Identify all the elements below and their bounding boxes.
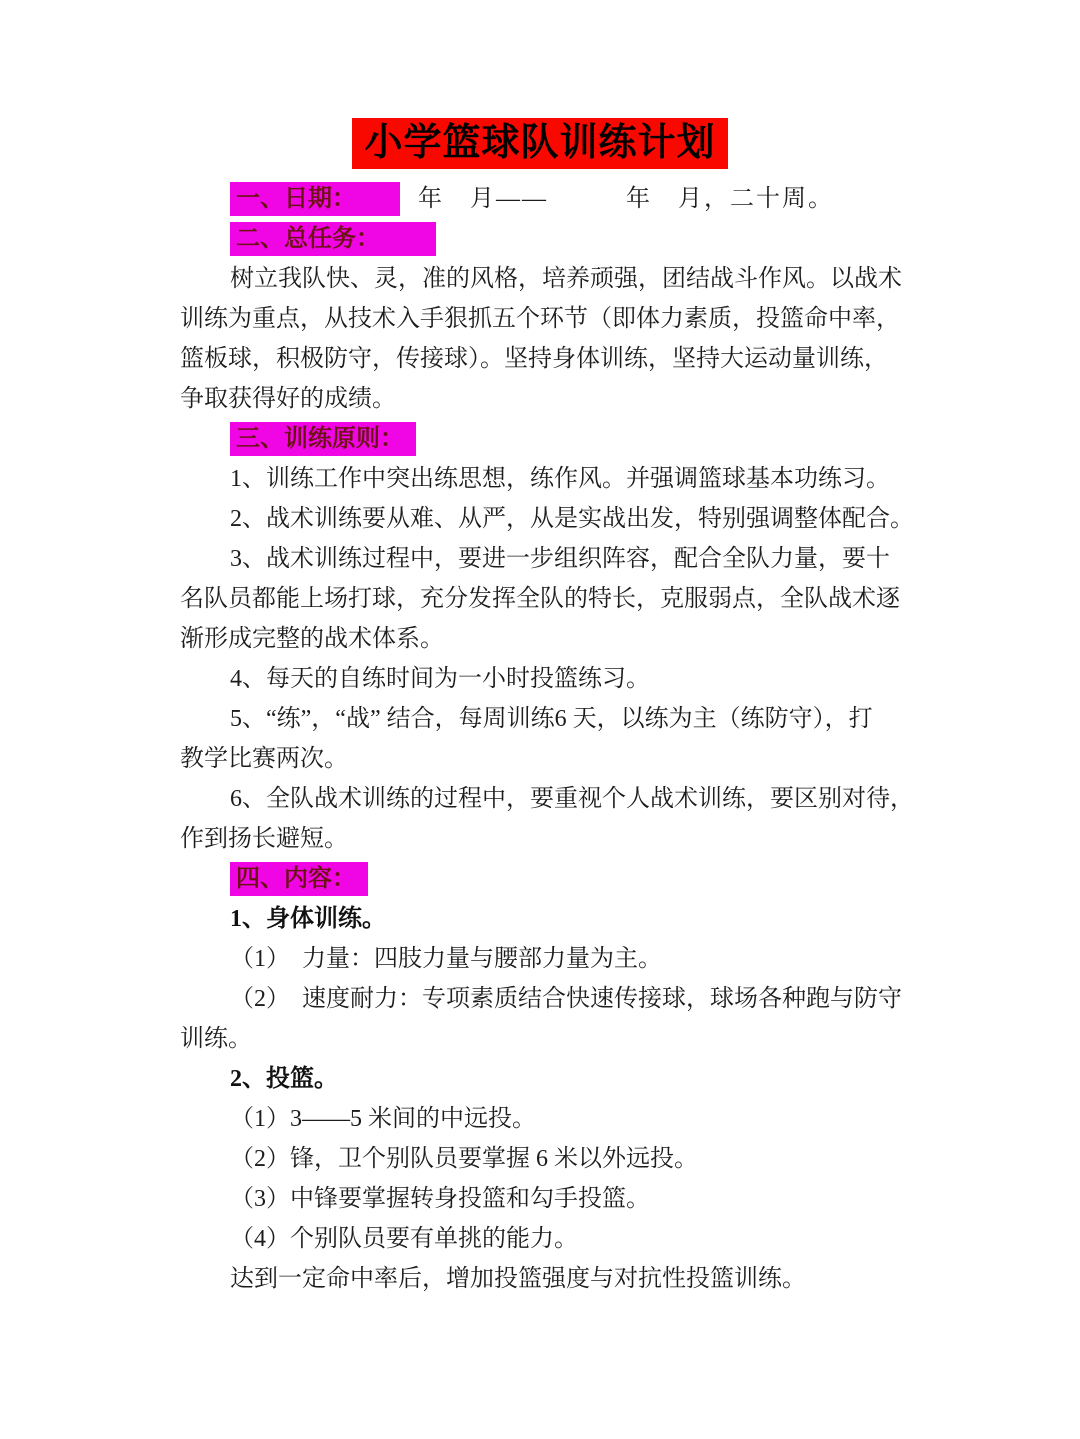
task-heading-line: 二、总任务： [180, 219, 900, 259]
shooting-note: 达到一定命中率后，增加投篮强度与对抗性投篮训练。 [180, 1259, 900, 1299]
principle-line: 作到扬长避短。 [180, 819, 900, 859]
date-heading-highlight: 一、日期： [230, 182, 400, 216]
shooting-line: （2）锋，卫个别队员要掌握 6 米以外远投。 [180, 1139, 900, 1179]
body-training-heading: 1、身体训练。 [180, 899, 900, 939]
task-paragraph-line: 树立我队快、灵，准的风格，培养顽强，团结战斗作风。以战术 [180, 259, 900, 299]
date-value: 年 月—— 年 月，二十周。 [418, 186, 834, 212]
date-line: 一、日期： 年 月—— 年 月，二十周。 [180, 179, 900, 219]
principle-line: 教学比赛两次。 [180, 739, 900, 779]
principle-line: 名队员都能上场打球，充分发挥全队的特长，克服弱点，全队战术逐 [180, 579, 900, 619]
task-heading-highlight: 二、总任务： [230, 222, 436, 256]
document-body: 小学篮球队训练计划 一、日期： 年 月—— 年 月，二十周。 二、总任务： 树立… [0, 0, 1080, 1299]
title-line: 小学篮球队训练计划 [180, 118, 900, 170]
shooting-line: （1）3——5 米间的中远投。 [180, 1099, 900, 1139]
principle-line: 4、每天的自练时间为一小时投篮练习。 [180, 659, 900, 699]
principle-line: 3、战术训练过程中，要进一步组织阵容，配合全队力量，要十 [180, 539, 900, 579]
principles-heading-highlight: 三、训练原则： [230, 422, 416, 456]
principle-line: 1、训练工作中突出练思想，练作风。并强调篮球基本功练习。 [180, 459, 900, 499]
shooting-line: （3）中锋要掌握转身投篮和勾手投篮。 [180, 1179, 900, 1219]
body-training-line: （1） 力量：四肢力量与腰部力量为主。 [180, 939, 900, 979]
content-heading-highlight: 四、内容： [230, 862, 368, 896]
task-paragraph-line: 争取获得好的成绩。 [180, 379, 900, 419]
body-training-line: 训练。 [180, 1019, 900, 1059]
task-paragraph-line: 篮板球，积极防守，传接球）。坚持身体训练，坚持大运动量训练， [180, 339, 900, 379]
principle-line: 6、全队战术训练的过程中，要重视个人战术训练，要区别对待， [180, 779, 900, 819]
shooting-heading: 2、投篮。 [180, 1059, 900, 1099]
document-page: 小学篮球队训练计划 一、日期： 年 月—— 年 月，二十周。 二、总任务： 树立… [0, 0, 1080, 1439]
task-paragraph-line: 训练为重点，从技术入手狠抓五个环节（即体力素质，投篮命中率， [180, 299, 900, 339]
body-training-line: （2） 速度耐力：专项素质结合快速传接球，球场各种跑与防守 [180, 979, 900, 1019]
principle-line: 2、战术训练要从难、从严，从是实战出发，特别强调整体配合。 [180, 499, 900, 539]
shooting-line: （4）个别队员要有单挑的能力。 [180, 1219, 900, 1259]
principle-line: 5、“练”，“战” 结合，每周训练6 天，以练为主（练防守），打 [180, 699, 900, 739]
content-heading-line: 四、内容： [180, 859, 900, 899]
page-title: 小学篮球队训练计划 [352, 118, 727, 169]
principles-heading-line: 三、训练原则： [180, 419, 900, 459]
principle-line: 渐形成完整的战术体系。 [180, 619, 900, 659]
